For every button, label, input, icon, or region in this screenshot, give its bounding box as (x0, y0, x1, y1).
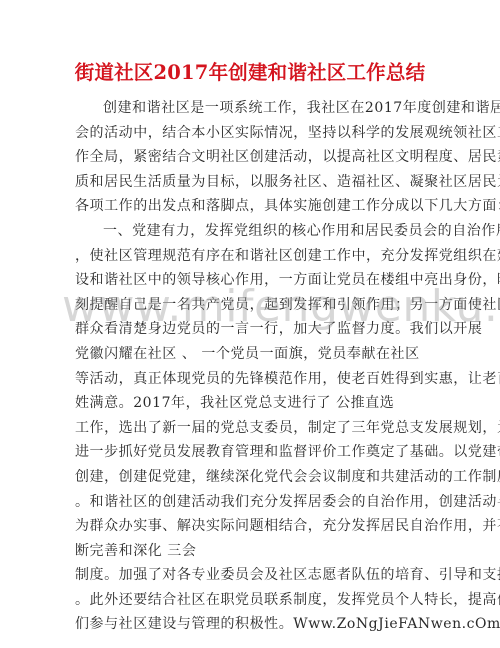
paragraph-line: ，使社区管理规范有序在和谐社区创建工作中，充分发挥党组织在建 (75, 244, 427, 269)
paragraph-line: 质和居民生活质量为目标，以服务社区、造福社区、凝聚社区居民为 (75, 170, 427, 195)
paragraph-line: 姓满意。2017年，我社区党总支进行了 公推直选 (75, 391, 427, 416)
paragraph-line: 为群众办实事、解决实际问题相结合，充分发挥居民自治作用，并不 (75, 514, 427, 539)
paragraph-line: 群众看清楚身边党员的一言一行，加大了监督力度。我们以开展 (75, 317, 427, 342)
paragraph-line: 一、党建有力，发挥党组织的核心作用和居民委员会的自治作用 (75, 219, 427, 244)
paragraph-line: 创建和谐社区是一项系统工作，我社区在2017年度创建和谐居委 (75, 96, 427, 121)
paragraph-line: 设和谐社区中的领导核心作用，一方面让党员在楼组中亮出身份，时 (75, 268, 427, 293)
paragraph-line: 刻提醒自己是一名共产党员，起到发挥和引领作用；另一方面使社区 (75, 293, 427, 318)
paragraph-line: 们参与社区建设与管理的积极性。Www.ZoNgJieFANwen.cOm除此以外… (75, 612, 427, 637)
paragraph-line: 制度。加强了对各专业委员会及社区志愿者队伍的培育、引导和支持 (75, 563, 427, 588)
paragraph-line: 工作，选出了新一届的党总支委员，制定了三年党总支发展规划，为 (75, 416, 427, 441)
document-body: 创建和谐社区是一项系统工作，我社区在2017年度创建和谐居委 会的活动中，结合本… (75, 96, 427, 637)
document-page: 街道社区2017年创建和谐社区工作总结 创建和谐社区是一项系统工作，我社区在20… (0, 0, 500, 648)
paragraph-line: 会的活动中，结合本小区实际情况，坚持以科学的发展观统领社区工 (75, 121, 427, 146)
paragraph-line: 。此外还要结合社区在职党员联系制度，发挥党员个人特长，提高他 (75, 588, 427, 613)
paragraph-line: 。和谐社区的创建活动我们充分发挥居委会的自治作用，创建活动与 (75, 490, 427, 515)
document-title: 街道社区2017年创建和谐社区工作总结 (0, 61, 500, 85)
paragraph-line: 创建，创建促党建，继续深化党代会会议制度和共建活动的工作制度 (75, 465, 427, 490)
paragraph-line: 党徽闪耀在社区 、 一个党员一面旗，党员奉献在社区 (75, 342, 427, 367)
paragraph-line: 等活动，真正体现党员的先锋模范作用，使老百姓得到实惠，让老百 (75, 367, 427, 392)
paragraph-line: 各项工作的出发点和落脚点，具体实施创建工作分成以下几大方面： (75, 194, 427, 219)
paragraph-line: 断完善和深化 三会 (75, 539, 427, 564)
paragraph-line: 作全局，紧密结合文明社区创建活动，以提高社区文明程度、居民素 (75, 145, 427, 170)
paragraph-line: 进一步抓好党员发展教育管理和监督评价工作奠定了基础。以党建带 (75, 440, 427, 465)
